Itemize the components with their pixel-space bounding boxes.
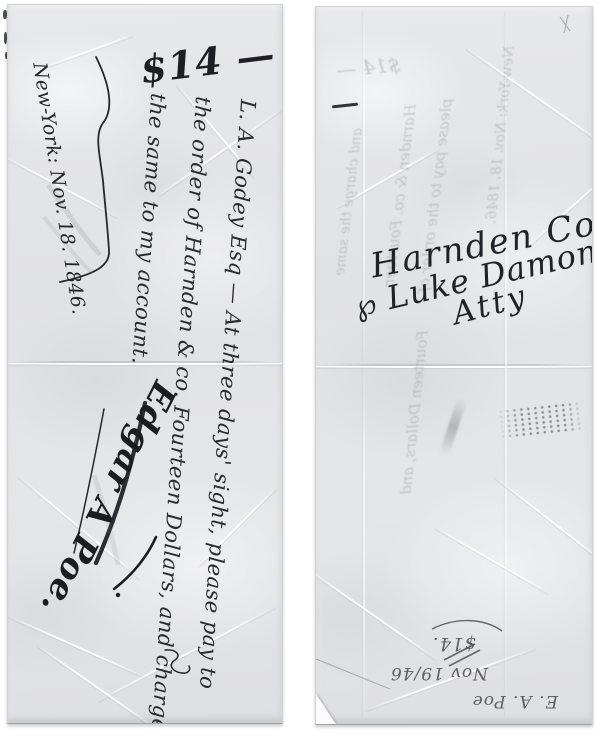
ink-smudge xyxy=(497,400,588,439)
corner-fold xyxy=(316,694,336,724)
stray-pencil-mark xyxy=(560,15,570,33)
ghost-body-line: and charge the same xyxy=(332,127,366,277)
crease-line xyxy=(363,368,365,718)
ghost-amount: $14 — xyxy=(335,52,401,82)
docket-flourish xyxy=(432,621,502,631)
docket-date: Nov 19/46 xyxy=(392,663,488,683)
ghost-dateline: New-York: Nov. 18. 1846. xyxy=(483,45,518,225)
crease-line xyxy=(436,527,550,594)
docket-name: E. A. Poe xyxy=(478,691,558,711)
crease-line xyxy=(465,47,593,146)
scan-stage: $14 — L. A. Godey Esq — At three days' s… xyxy=(0,0,595,750)
dateline-text: New-York: Nov. 18. 1846. xyxy=(28,61,90,316)
docket-amount: $14. xyxy=(428,633,476,654)
crease-line xyxy=(48,34,133,67)
amount-annotation: $14 — xyxy=(138,31,278,92)
crease-line xyxy=(315,567,438,660)
crease-line xyxy=(495,477,593,565)
ghost-body-line: Fourteen Dollars, and xyxy=(397,329,432,496)
draft-front-paper: $14 — L. A. Godey Esq — At three days' s… xyxy=(7,4,283,724)
per-symbol: ℘ xyxy=(352,285,381,324)
stray-ink-dash xyxy=(332,103,358,109)
gray-streak xyxy=(439,397,467,457)
crease-line xyxy=(316,366,592,368)
corner-crease-line xyxy=(316,659,390,689)
draft-back-paper: $14 — New-York: Nov. 18. 1846. please pa… xyxy=(315,6,593,725)
draft-body-text: L. A. Godey Esq — At three days' sight, … xyxy=(91,92,270,724)
